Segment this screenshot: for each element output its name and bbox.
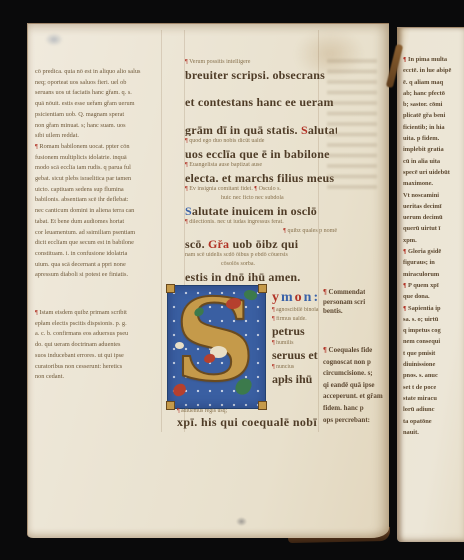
gloss-line: epłam electis pscitis dispsionis. p. g.	[35, 319, 163, 330]
gloss-line: pnos. s. anuc	[403, 370, 463, 381]
gloss-line: do. qui ueram doctrinam aduentes	[35, 340, 163, 351]
gloss-line: ¶ Sapientia ip	[403, 303, 463, 314]
ink-showthrough	[327, 59, 377, 195]
gloss-line: t que pmisit	[403, 348, 463, 359]
gloss-line: ¶ Coequales fide	[323, 345, 383, 357]
gloss-line: personam scri	[323, 298, 365, 308]
gloss-line: ab; hanc pfectō	[403, 88, 463, 99]
gloss-line: ¶ Commendat	[323, 288, 365, 298]
main-text-line: grām dī in quā statis. Salutat	[185, 124, 337, 137]
gloss-line: set t de poce	[403, 382, 463, 393]
gloss-line: ueritas decimī	[403, 201, 463, 212]
main-text-line: nam scē uidelis scdō ōibus p ebdō cōuers…	[185, 252, 337, 260]
main-text-line: breuiter scripsi. obsecrans	[185, 69, 337, 82]
gloss-line: fidem. hanc p	[323, 403, 383, 415]
left-gloss-paragraph-3: ¶ Istam eisdem quibz primam scribitepłam…	[35, 308, 163, 383]
gloss-line: uerum decimū	[403, 212, 463, 223]
gloss-line: dicit ecclīam que secum est in babilone	[35, 238, 163, 249]
illuminated-initial-section: S ymon:¶ agnoscibilē binoīa¶ firmus uald…	[167, 285, 325, 409]
main-text-line: uos ecclīa que ē in babilone	[185, 148, 337, 161]
main-text-line: apłs ihū	[272, 373, 325, 386]
gloss-line: ¶ Gloria gsidē	[403, 246, 463, 257]
gloss-line: a. c. b. confirmans eos aduersus pseu	[35, 329, 163, 340]
gloss-line: babilonis. absentiam scē ihr deflebat:	[35, 195, 163, 206]
main-text-line: petrus	[272, 325, 325, 338]
left-gloss-paragraph-2: ¶ Romam babilonem uocat. ppter cōnfusion…	[35, 142, 163, 281]
gloss-line: ¶ Romam babilonem uocat. ppter cōn	[35, 142, 163, 153]
gloss-line: implebit gratia	[403, 144, 463, 155]
gloss-line: non gřam minuat. s; hanc suam. uos	[35, 121, 163, 132]
gloss-line: modo scā ecclīa iam rudis. q parua ful	[35, 163, 163, 174]
gloss-line: uium. qua scā decernant a ppri none	[35, 260, 163, 271]
gloss-line: nec canticum domini in aliena terra can	[35, 206, 163, 217]
gloss-line: curatoribus non cesserunt: heretics	[35, 362, 163, 373]
gloss-line: ¶ In pima multa	[403, 54, 463, 65]
right-gloss-block-2: ¶ Coequales fidecognoscat non pcircumcis…	[323, 345, 383, 426]
text-below-initial: ¶ adiuemus regis usq;xpī. his qui coequa…	[177, 408, 327, 429]
blue-smudge	[45, 33, 63, 46]
gloss-line: ops percrebant:	[323, 415, 383, 427]
main-text-line: huic nec ficto nec subdola	[185, 195, 337, 203]
gloss-line: uicto. captiuam sedens sup flumina	[35, 185, 163, 196]
left-gloss-paragraph-1: cō predica. quia nō est in aliquo alio s…	[35, 67, 163, 142]
gloss-line: cō predica. quia nō est in aliquo alio s…	[35, 67, 163, 78]
gold-corner-ornament	[258, 284, 267, 293]
gloss-line: state miracu	[403, 393, 463, 404]
gloss-line: figuraus; in	[403, 257, 463, 268]
gloss-line: diuinissione	[403, 359, 463, 370]
gloss-line: non cedant.	[35, 372, 163, 383]
gloss-line: neq; oporteat uos saluos fieri. uel ob	[35, 78, 163, 89]
gloss-line: seruans uos ut faciatis hanc gřam. q. s.	[35, 88, 163, 99]
gloss-line: sibi uilem reddat.	[35, 131, 163, 142]
main-text-line: ¶ firmus ualde.	[272, 316, 325, 323]
gloss-line: q impetus cog	[403, 325, 463, 336]
main-text-line: cōsolōs sorba.	[185, 261, 337, 269]
main-text-line: et contestans hanc ee ueram	[185, 96, 337, 109]
main-text-line: ¶ agnoscibilē binoīa	[272, 307, 325, 314]
gloss-line: fusionem multiplicis idolatrie. inquā	[35, 153, 163, 164]
main-text-line: ¶ Ev insignia comitant fidei. ¶ Osculo s…	[185, 186, 337, 194]
gloss-line: constituam. i. in confusione idolatria	[35, 249, 163, 260]
gloss-line: tabat. Et bene dum audiomes hortat	[35, 217, 163, 228]
main-text-line: ¶ dilectionis. nec ut iudas ingressus fe…	[185, 219, 337, 227]
gloss-line: nauit.	[403, 427, 463, 438]
gloss-line: lorū adiunc	[403, 404, 463, 415]
gloss-line: suos inducebant errores. ut qui ipse	[35, 351, 163, 362]
main-text-line: electa. et marchs filius meus	[185, 172, 337, 185]
gloss-line: Vt noscamini	[403, 190, 463, 201]
gray-smudge	[236, 517, 247, 526]
main-text-line: ymon:	[272, 290, 325, 305]
manuscript-photo: cō predica. quia nō est in aliquo alio s…	[0, 0, 464, 560]
gloss-line: cor leuamentum. ad ssimiliam psentiam	[35, 228, 163, 239]
gloss-line: psicientiam uob. Q. magnam sperat	[35, 110, 163, 121]
main-text-line: seruus et	[272, 349, 325, 362]
gloss-line: que dona.	[403, 291, 463, 302]
gloss-line: b; sastor. cōmi	[403, 99, 463, 110]
gloss-line: ficientib; in hia	[403, 122, 463, 133]
gloss-line: ecctē. in lue abipē	[403, 65, 463, 76]
gloss-column-left: cō predica. quia nō est in aliquo alio s…	[35, 67, 163, 383]
gloss-line: ¶ P quem xpī	[403, 280, 463, 291]
main-text-line: ¶ nuncius	[272, 364, 325, 371]
main-text-line: scō. Gřa uob ōibz qui	[185, 238, 337, 251]
initial-word-column: ymon:¶ agnoscibilē binoīa¶ firmus ualde.…	[272, 285, 325, 409]
gloss-line: circumcisione. s;	[323, 368, 383, 380]
gloss-line: querū uirtut ī	[403, 223, 463, 234]
gloss-line: miraculorum	[403, 269, 463, 280]
gloss-line: ē. q aliam maq	[403, 77, 463, 88]
main-text-line: ¶ quod ego duo nobis dicūt ualde	[185, 138, 337, 146]
main-text-line: xpī. his qui coequalē nobī	[177, 416, 327, 429]
main-text-line: ¶ Euangelista ause baptizat ause	[185, 162, 337, 170]
gloss-line: quā nōuit. estis esse ueřam gřam uerum	[35, 99, 163, 110]
foliate-ornament	[175, 342, 184, 349]
next-page-text-column: ¶ In pima multaecctē. in lue abipēē. q a…	[403, 54, 463, 438]
gloss-line: apressum diaboli si potest ee finiatis.	[35, 270, 163, 281]
gloss-line: specē uri uidebūt	[403, 167, 463, 178]
gloss-line: cū in alia uita	[403, 156, 463, 167]
main-text-line: ¶ quibz quales p nomē	[185, 228, 337, 236]
gloss-line: maximone.	[403, 178, 463, 189]
gloss-line: sa. s. o; uirtū	[403, 314, 463, 325]
gloss-line: nem consequi	[403, 336, 463, 347]
illuminated-initial-S-panel: S	[167, 285, 266, 409]
gloss-line: qi eandē quā ipse	[323, 380, 383, 392]
gloss-line: xpm.	[403, 235, 463, 246]
gloss-line: ta opatōne	[403, 416, 463, 427]
main-text-line: Salutate inuicem in osclō	[185, 205, 337, 218]
gloss-line: cognoscat non p	[323, 357, 383, 369]
gloss-line: uita. p fidem.	[403, 133, 463, 144]
main-text-line: ¶ adiuemus regis usq;	[177, 408, 327, 415]
gloss-line: ¶ Istam eisdem quibz primam scribit	[35, 308, 163, 319]
right-gloss-block-1: ¶ Commendatpersonam scribentis.	[323, 288, 365, 317]
gloss-line: gebat. sicut plebs israelitica par tamen	[35, 174, 163, 185]
main-text-line: ¶ Verum possitis intelligere	[185, 59, 337, 67]
gloss-line: plicatē gřa beni	[403, 110, 463, 121]
gloss-line: bentis.	[323, 307, 365, 317]
main-text-line: ¶ humilis	[272, 340, 325, 347]
gloss-line: acceperunt. et gřam	[323, 391, 383, 403]
main-text-column: ¶ Verum possitis intelligerebreuiter scr…	[185, 57, 337, 283]
